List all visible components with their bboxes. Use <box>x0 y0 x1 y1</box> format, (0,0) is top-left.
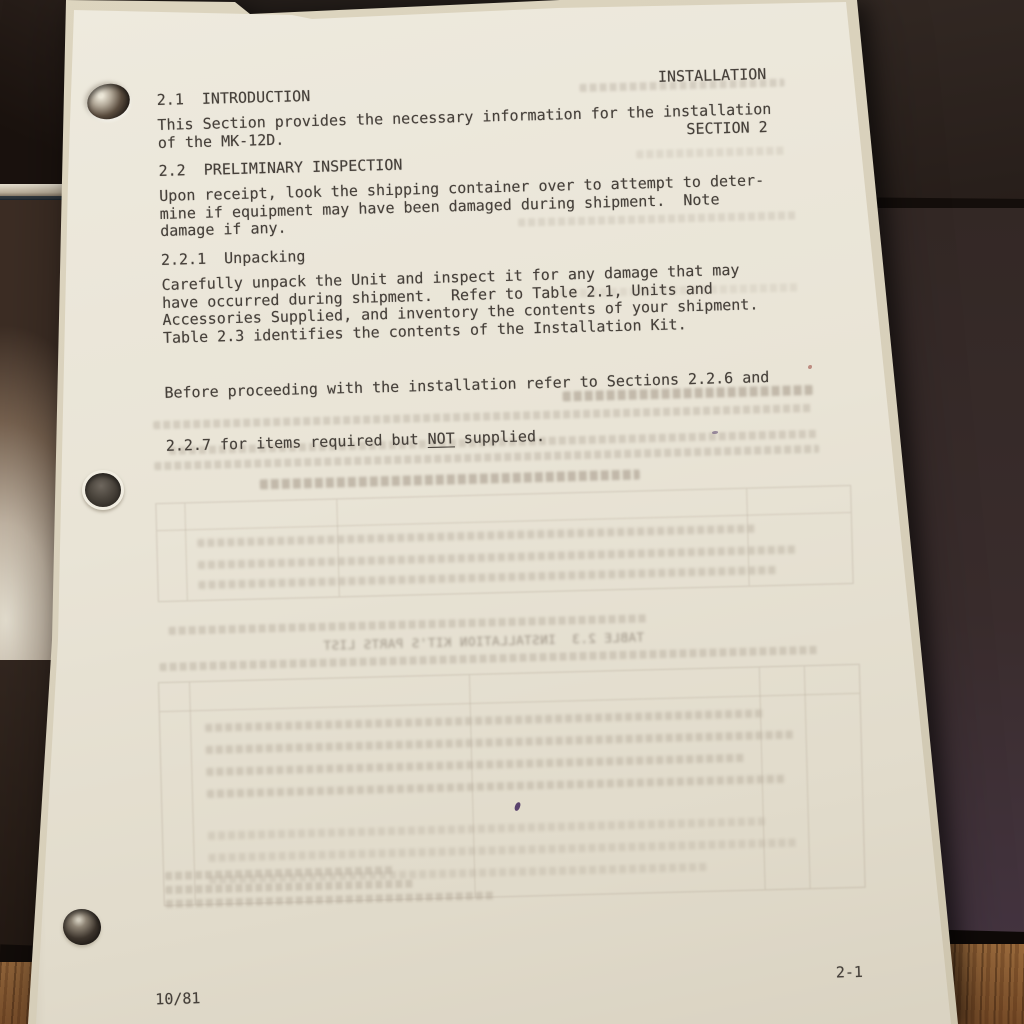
photo-scene: TABLE 2.3 INSTALLATION KIT'S PARTS LIST <box>0 0 1024 1024</box>
closing-note-pre: 2.2.7 for items required but <box>166 430 428 455</box>
ghost-line <box>198 566 778 589</box>
paper-stack: TABLE 2.3 INSTALLATION KIT'S PARTS LIST <box>0 0 1024 1024</box>
ghost-table-rule <box>184 503 188 600</box>
ghost-line <box>207 775 787 798</box>
closing-note-emphasis: NOT <box>427 429 455 448</box>
closing-note: Before proceeding with the installation … <box>163 334 772 490</box>
ghost-line <box>206 754 746 776</box>
page-number: 2-1 <box>836 964 864 982</box>
hole-punch-middle <box>82 470 124 510</box>
ghost-line <box>206 731 796 754</box>
ghost-line <box>205 709 765 732</box>
text-line: 2.2.7 for items required but NOT supplie… <box>166 422 771 455</box>
text-line: Before proceeding with the installation … <box>164 369 769 402</box>
ghost-line <box>198 545 798 569</box>
revision-date: 10/81 <box>155 990 201 1009</box>
ghost-table <box>155 485 853 602</box>
closing-note-post: supplied. <box>454 426 545 446</box>
ghost-line <box>209 838 799 861</box>
ghost-table-rule <box>804 666 811 888</box>
header-line: INSTALLATION <box>592 66 766 88</box>
ghost-line <box>208 817 768 840</box>
